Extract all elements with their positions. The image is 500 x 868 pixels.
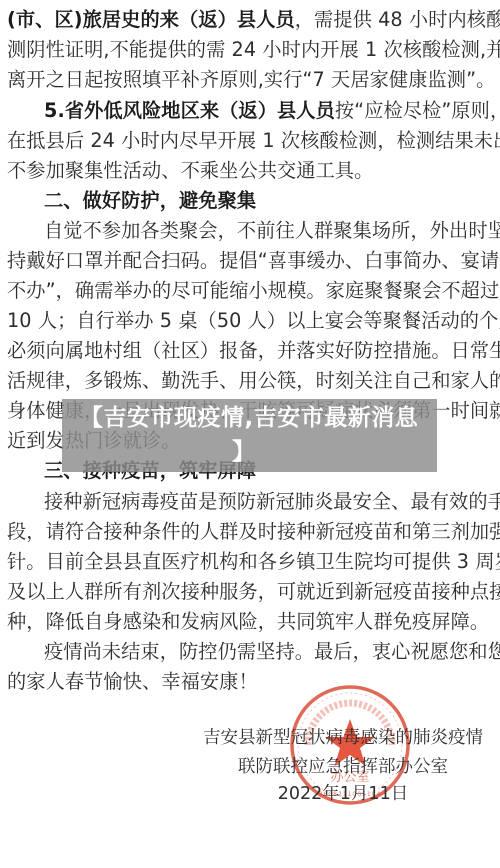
section-2-line: 活规律，多锻炼、勤洗手、用公筷，时刻关注自己和家人的 (7, 366, 494, 396)
section-2-line: 必须向属地村组（社区）报备，并落实好防控措施。日常生 (7, 336, 494, 366)
article-title-bracket: 】 (232, 436, 255, 468)
signature-org-line-2: 联防联控应急指挥部办公室 (193, 753, 493, 778)
section-3-line: 段，请符合接种条件的人群及时接种新冠疫苗和第三剂加强 (7, 517, 494, 547)
section-2-line: 不办”，确需举办的尽可能缩小规模。家庭聚餐聚会不超过 (7, 276, 494, 306)
section-2-line: 自觉不参加各类聚会，不前往人群聚集场所，外出时坚 (44, 216, 494, 246)
paragraph-5-line-2: 在抵县后 24 小时内尽早开展 1 次核酸检测，检测结果未出前 (7, 126, 494, 156)
section-2-line: 10 人；自行举办 5 桌（50 人）以上宴会等聚餐活动的个人， (7, 306, 494, 336)
section-3-line: 及以上人群所有剂次接种服务，可就近到新冠疫苗接种点接 (7, 577, 494, 607)
paragraph-5-bold-lead: 5.省外低风险地区来（返）县人员 (44, 99, 335, 122)
paragraph-4-line-2: 测阴性证明,不能提供的需 24 小时内开展 1 次核酸检测,并从 (7, 35, 494, 65)
article-title[interactable]: 【吉安市现疫情,吉安市最新消息 (80, 402, 418, 434)
paragraph-4-text: ，需提供 48 小时内核酸检 (295, 8, 500, 31)
signature-org-line-1: 吉安县新型冠状病毒感染的肺炎疫情 (193, 724, 493, 749)
section-3-line: 针。目前全县县直医疗机构和各乡镇卫生院均可提供 3 周岁 (7, 547, 494, 577)
paragraph-5-text: 按“应检尽检”原则， (335, 99, 500, 122)
paragraph-5-line-3: 不参加聚集性活动、不乘坐公共交通工具。 (7, 156, 494, 186)
section-2-line: 持戴好口罩并配合扫码。提倡“喜事缓办、白事简办、宴请 (7, 246, 494, 276)
closing-line: 疫情尚未结束，防控仍需坚持。最后，衷心祝愿您和您 (44, 637, 494, 667)
paragraph-4-line-1: (市、区)旅居史的来（返）县人员，需提供 48 小时内核酸检 (7, 5, 494, 35)
section-2-heading: 二、做好防护，避免聚集 (44, 186, 494, 216)
closing-line: 的家人春节愉快、幸福安康！ (7, 667, 494, 697)
paragraph-4-line-3: 离开之日起按照填平补齐原则,实行“7 天居家健康监测”。 (7, 65, 494, 95)
signature-date: 2022年1月11日 (193, 780, 493, 805)
paragraph-4-bold-lead: (市、区)旅居史的来（返）县人员 (7, 8, 295, 31)
paragraph-5-line-1: 5.省外低风险地区来（返）县人员按“应检尽检”原则， (44, 96, 494, 126)
section-3-line: 接种新冠病毒疫苗是预防新冠肺炎最安全、最有效的手 (44, 487, 494, 517)
section-3-line: 种，降低自身感染和发病风险，共同筑牢人群免疫屏障。 (7, 607, 494, 637)
